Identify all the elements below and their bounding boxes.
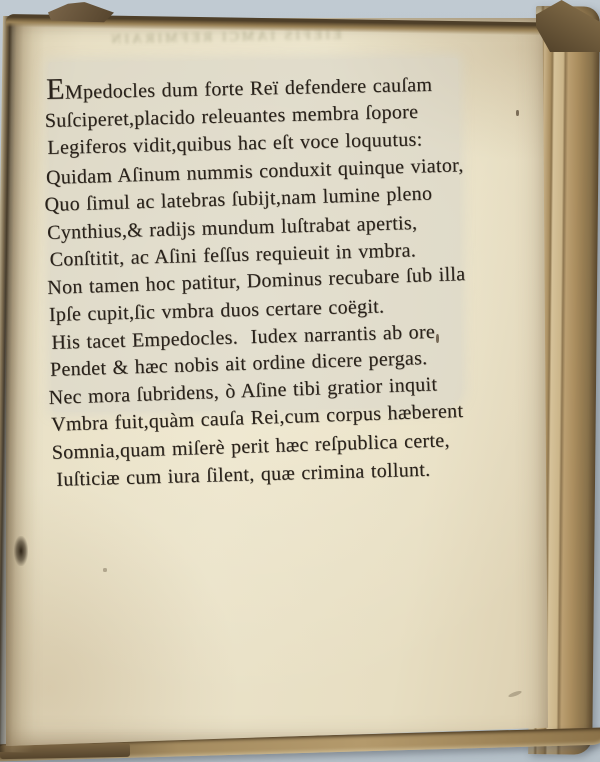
ink-speck [516, 110, 519, 116]
ink-speck [436, 334, 439, 343]
paper-speck [103, 568, 107, 572]
book-photo-scene: EIEFIS IAMCI REFMIRAIN EMpedocles dum fo… [0, 0, 600, 762]
poem-text-block: EMpedocles dum forte Reï defendere cauſa… [44, 70, 543, 495]
gutter-ink-blot [14, 536, 28, 566]
binding-corner-top-left [48, 1, 114, 22]
